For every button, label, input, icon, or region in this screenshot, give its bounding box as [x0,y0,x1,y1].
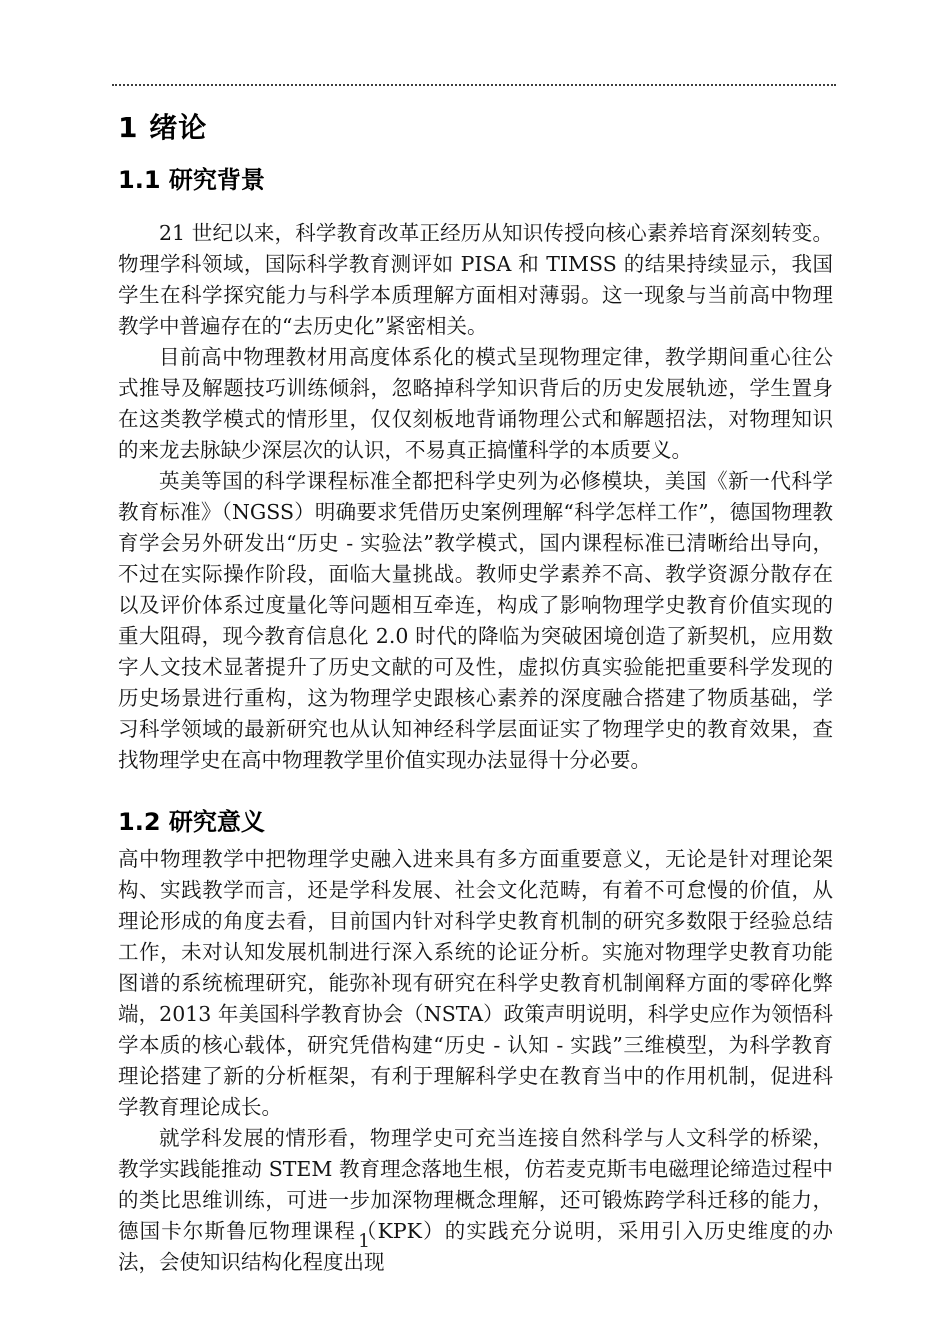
paragraph-research-background-3: 英美等国的科学课程标准全都把科学史列为必修模块，美国《新一代科学教育标准》（NG… [118,466,833,776]
page-content: 1 绪论 1.1 研究背景 21 世纪以来，科学教育改革正经历从知识传授向核心素… [118,0,833,1278]
chapter-heading: 1 绪论 [118,112,833,144]
section-heading-1-1: 1.1 研究背景 [118,166,833,194]
paragraph-research-background-1: 21 世纪以来，科学教育改革正经历从知识传授向核心素养培育深刻转变。物理学科领域… [118,218,833,342]
paragraph-research-background-2: 目前高中物理教材用高度体系化的模式呈现物理定律，教学期间重心往公式推导及解题技巧… [118,342,833,466]
paragraph-research-significance-2: 就学科发展的情形看，物理学史可充当连接自然科学与人文科学的桥梁，教学实践能推动 … [118,1123,833,1278]
section-heading-1-2: 1.2 研究意义 [118,808,833,836]
document-page: 1 绪论 1.1 研究背景 21 世纪以来，科学教育改革正经历从知识传授向核心素… [0,0,950,1344]
page-number: 1 [340,1230,388,1252]
paragraph-research-significance-1: 高中物理教学中把物理学史融入进来具有多方面重要意义，无论是针对理论架构、实践教学… [118,844,833,1123]
